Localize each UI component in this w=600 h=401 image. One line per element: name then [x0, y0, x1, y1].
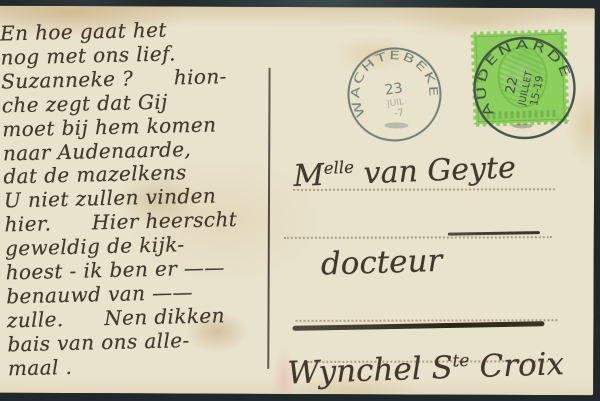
- ink-flourish: [448, 231, 540, 236]
- postmark-date-hours: -7: [393, 107, 404, 119]
- address-dotted-line: [284, 236, 552, 239]
- honorific-superscript: elle: [323, 158, 354, 178]
- postmark-smudge: [512, 123, 532, 128]
- postmark-wachtebeke: WACHTEBEKE 23 JUIL -7: [343, 43, 445, 145]
- postcard: En hoe gaat het nog met ons lief. Suzann…: [0, 6, 595, 396]
- postmark-date-day: 23: [384, 80, 404, 98]
- recipient-name: van Geyte: [353, 150, 516, 191]
- message-line: maal .: [8, 351, 272, 381]
- postcard-scan: En hoe gaat het nog met ons lief. Suzann…: [0, 0, 600, 401]
- address-recipient-line: Melle van Geyte: [293, 136, 600, 194]
- honorific-prefix: M: [293, 158, 325, 194]
- place-rest: Croix: [469, 346, 565, 385]
- ink-underline: [292, 321, 544, 331]
- place-superscript: te: [452, 351, 470, 372]
- place-prefix: Wynchel S: [287, 350, 453, 392]
- postmark-smudge: [384, 122, 408, 128]
- address-place-line: Wynchel Ste Croix: [287, 335, 600, 391]
- postmark-audenarde: AUDENARDE 22 JUILLET 15-19: [470, 34, 578, 142]
- handwritten-message: En hoe gaat het nog met ons lief. Suzann…: [0, 16, 272, 381]
